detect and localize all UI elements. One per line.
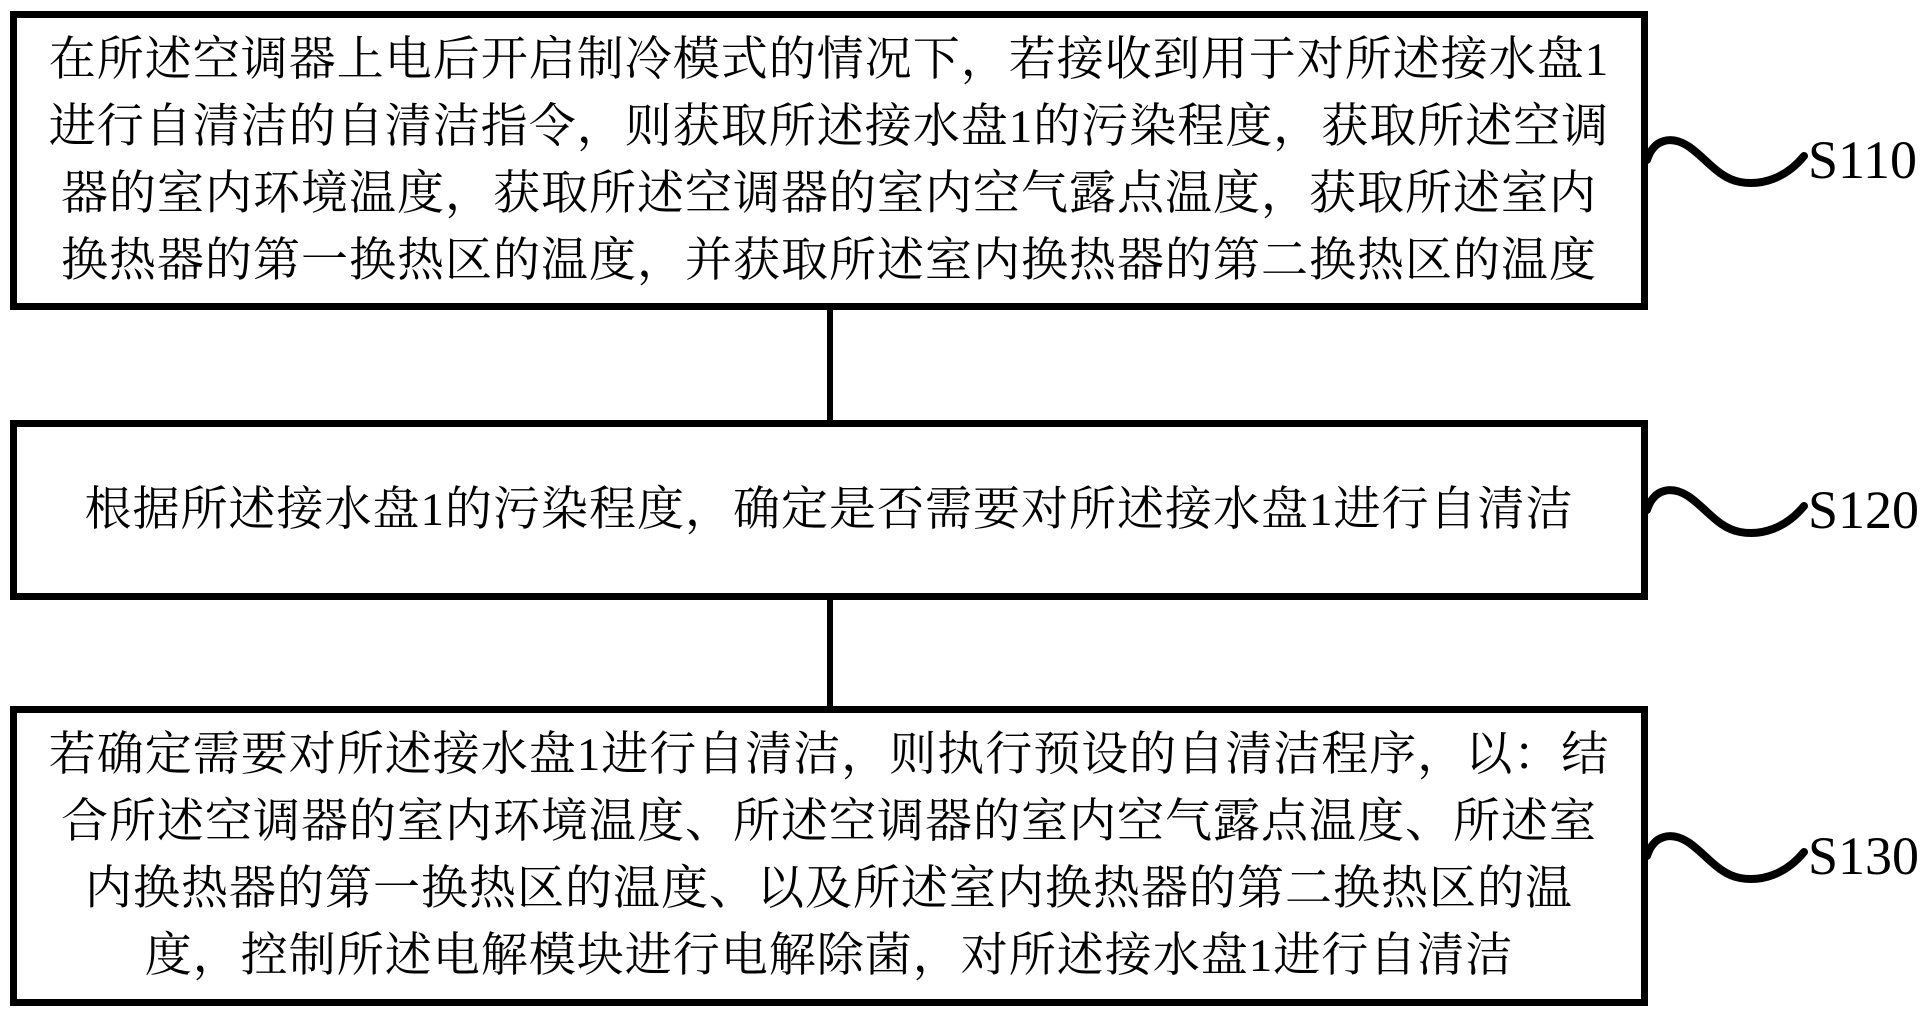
patent-flowchart-figure: 在所述空调器上电后开启制冷模式的情况下，若接收到用于对所述接水盘1 进行自清洁的… [0,0,1926,1013]
process-text-line: 合所述空调器的室内环境温度、所述空调器的室内空气露点温度、所述室 [61,789,1597,856]
wavy-lead-line-icon [1644,480,1814,540]
step-label-s110: S110 [1808,128,1926,192]
process-text-line: 内换热器的第一换热区的温度、以及所述室内换热器的第二换热区的温 [85,856,1573,923]
process-box-s120: 根据所述接水盘1的污染程度，确定是否需要对所述接水盘1进行自清洁 [10,420,1648,600]
process-text-line: 在所述空调器上电后开启制冷模式的情况下，若接收到用于对所述接水盘1 [49,27,1610,94]
process-text-line: 若确定需要对所述接水盘1进行自清洁，则执行预设的自清洁程序，以：结 [49,722,1610,789]
process-text-line: 器的室内环境温度，获取所述空调器的室内空气露点温度，获取所述室内 [61,161,1597,228]
process-text-line: 进行自清洁的自清洁指令，则获取所述接水盘1的污染程度，获取所述空调 [49,94,1610,161]
process-box-s130: 若确定需要对所述接水盘1进行自清洁，则执行预设的自清洁程序，以：结 合所述空调器… [10,706,1648,1006]
flow-connector-line [827,598,833,708]
process-text-line: 根据所述接水盘1的污染程度，确定是否需要对所述接水盘1进行自清洁 [85,477,1574,544]
flow-connector-line [827,308,833,422]
process-box-s110: 在所述空调器上电后开启制冷模式的情况下，若接收到用于对所述接水盘1 进行自清洁的… [10,11,1648,310]
process-text-line: 度，控制所述电解模块进行电解除菌，对所述接水盘1进行自清洁 [145,923,1514,990]
step-label-s130: S130 [1808,824,1926,888]
wavy-lead-line-icon [1644,130,1814,190]
step-label-s120: S120 [1808,478,1926,542]
process-text-line: 换热器的第一换热区的温度，并获取所述室内换热器的第二换热区的温度 [61,228,1597,295]
wavy-lead-line-icon [1644,826,1814,886]
